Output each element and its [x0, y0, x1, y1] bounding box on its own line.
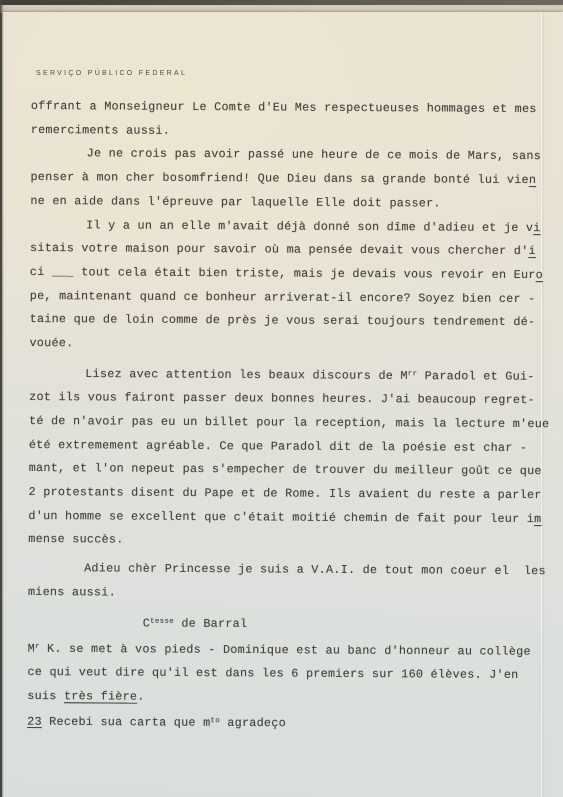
text-segment: agradeço [220, 715, 286, 729]
letter-body: offrant a Monseigneur Le Comte d'Eu Mes … [27, 95, 551, 737]
letter-line: taine que de loin comme de près je vous … [30, 308, 550, 335]
superscript-text: to [210, 717, 220, 725]
letter-line: suis très fière. [27, 685, 547, 712]
letter-line: Lisez avec attention les beaux discours … [29, 361, 549, 390]
text-segment: Lisez avec attention les beaux discours … [85, 367, 408, 383]
letter-line: remerciments aussi. [31, 119, 551, 146]
underlined-text: n [529, 173, 536, 187]
text-segment: mant, et l'on nepeut pas s'empecher de t… [29, 461, 542, 478]
letter-line: ne en aide dans l'épreuve par laquelle E… [30, 190, 550, 217]
underlined-text: m [534, 512, 541, 526]
letter-line: Il y a un an elle m'avait déjà donné son… [30, 214, 550, 241]
text-segment: ci ___ tout cela était bien triste, mais… [30, 265, 536, 282]
letterhead: SERVIÇO PÚBLICO FEDERAL [36, 70, 187, 77]
text-segment: de Barral [174, 617, 247, 631]
letter-line: pe, maintenant quand ce bonheur arrivera… [30, 285, 550, 312]
text-segment: K. se met à vos pieds - Dominique est au… [40, 642, 531, 659]
text-segment: Je ne crois pas avoir passé une heure de… [87, 147, 541, 164]
text-segment: taine que de loin comme de près je vous … [30, 312, 536, 329]
superscript-text: tesse [150, 618, 174, 626]
letter-line: té de n'avoir pas eu un billet pour la r… [29, 410, 549, 437]
underlined-text: 23 [27, 714, 42, 728]
letter-line: zot ils vous fairont passer deux bonnes … [29, 386, 549, 413]
text-segment: Il y a un an elle m'avait déjà donné son… [86, 218, 533, 235]
underlined-text: i [533, 221, 540, 235]
text-segment: té de n'avoir pas eu un billet pour la r… [29, 414, 549, 431]
letter-line: 2 protestants disent du Pape et de Rome.… [28, 481, 548, 508]
letter-line: Ctesse de Barral [28, 610, 548, 639]
letter-line: mense succès. [28, 528, 548, 555]
text-segment: ce qui veut dire qu'il est dans les 6 pr… [27, 665, 518, 682]
letter-line: ci ___ tout cela était bien triste, mais… [30, 261, 550, 288]
underlined-text: très fière [64, 689, 137, 703]
text-segment: ne en aide dans l'épreuve par laquelle E… [30, 194, 441, 211]
letter-line: miens aussi. [28, 581, 548, 608]
text-segment: offrant a Monseigneur Le Comte d'Eu Mes … [31, 99, 537, 116]
letter-line: penser à mon cher bosomfriend! Que Dieu … [30, 166, 550, 193]
text-segment: Paradol et Gui- [417, 369, 534, 384]
letter-line: offrant a Monseigneur Le Comte d'Eu Mes … [31, 95, 551, 122]
letter-line: 23 Recebi sua carta que mto agradeço [27, 709, 547, 738]
text-segment: vouée. [29, 336, 73, 350]
letter-line: sitais votre maison pour savoir où ma pe… [30, 237, 550, 264]
letter-line: Mr K. se met à vos pieds - Dominique est… [28, 636, 548, 665]
text-segment: zot ils vous fairont passer deux bonnes … [29, 390, 535, 407]
underlined-text: i [528, 244, 535, 258]
letter-page: SERVIÇO PÚBLICO FEDERAL offrant a Monsei… [2, 12, 563, 797]
text-segment: Adieu chèr Princesse je suis a V.A.I. de… [84, 561, 546, 578]
superscript-text: rr [408, 370, 418, 378]
text-segment: miens aussi. [28, 585, 116, 600]
text-segment: suis [27, 689, 64, 703]
text-segment: . [137, 690, 144, 704]
text-segment: été extremement agréable. Ce que Paradol… [29, 437, 527, 454]
text-segment: sitais votre maison pour savoir où ma pe… [30, 241, 528, 258]
letter-line: été extremement agréable. Ce que Paradol… [29, 433, 549, 460]
letter-line: Adieu chèr Princesse je suis a V.A.I. de… [28, 557, 548, 584]
text-segment: penser à mon cher bosomfriend! Que Dieu … [30, 170, 528, 187]
letter-line: vouée. [29, 332, 549, 359]
text-segment: mense succès. [28, 532, 123, 547]
underlined-text: o [536, 268, 543, 282]
letter-line: d'un homme se excellent que c'était moit… [28, 505, 548, 532]
letter-line: ce qui veut dire qu'il est dans les 6 pr… [27, 661, 547, 688]
text-segment: pe, maintenant quand ce bonheur arrivera… [30, 289, 536, 306]
text-segment: remerciments aussi. [31, 123, 170, 138]
text-segment: d'un homme se excellent que c'était moit… [28, 509, 534, 526]
letter-line: Je ne crois pas avoir passé une heure de… [31, 142, 551, 169]
text-segment: 2 protestants disent du Pape et de Rome.… [29, 485, 542, 502]
photo-left-edge [0, 0, 4, 797]
scanned-letter-photo: SERVIÇO PÚBLICO FEDERAL offrant a Monsei… [0, 0, 563, 797]
letter-line: mant, et l'on nepeut pas s'empecher de t… [29, 457, 549, 484]
text-segment: Recebi sua carta que m [42, 714, 211, 729]
